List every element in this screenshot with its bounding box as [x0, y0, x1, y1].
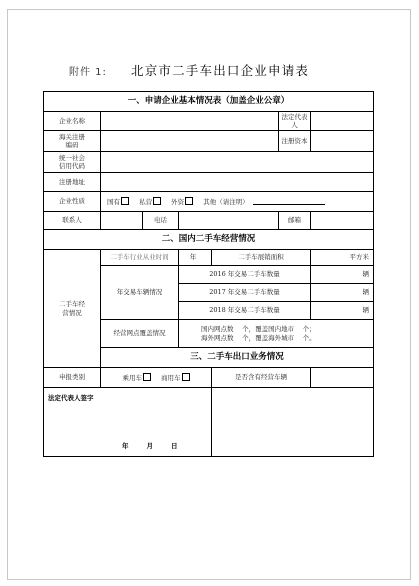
showroom-area-unit[interactable]: 平方米	[311, 250, 374, 266]
nature-label: 企业性质	[44, 192, 101, 212]
nature-private-checkbox[interactable]	[153, 197, 161, 205]
credit-code-label: 统一社会信用代码	[44, 152, 101, 173]
nature-option-state: 国有	[107, 198, 120, 206]
date-month: 月	[147, 442, 154, 450]
business-group-label: 二手车经营情况	[44, 250, 101, 368]
trade-2017-unit[interactable]: 辆	[311, 284, 374, 302]
outlet-domestic-line: 国内网点数 个，覆盖国内地市 个；	[201, 325, 373, 333]
signature-label: 法定代表人签字	[48, 394, 94, 402]
category-passenger-checkbox[interactable]	[143, 373, 151, 381]
phone-label: 电话	[143, 212, 179, 230]
address-field[interactable]	[101, 173, 374, 192]
section1-header: 一、申请企业基本情况表（加盖企业公章）	[44, 92, 374, 112]
customs-code-field[interactable]	[101, 131, 279, 152]
company-name-label: 企业名称	[44, 112, 101, 131]
document-header: 附件 1: 北京市二手车出口企业申请表	[0, 63, 419, 79]
document-title: 北京市二手车出口企业申请表	[131, 61, 309, 79]
email-label: 邮箱	[279, 212, 311, 230]
contact-field[interactable]	[101, 212, 143, 230]
nature-option-foreign: 外资	[171, 198, 184, 206]
seal-cell[interactable]	[212, 388, 374, 457]
signature-cell[interactable]: 法定代表人签字 年月日	[44, 388, 212, 457]
registered-capital-label: 注册资本	[279, 131, 311, 152]
section3-header: 三、二手车出口业务情况	[101, 348, 374, 368]
address-label: 注册地址	[44, 173, 101, 192]
nature-option-private: 私营	[139, 198, 152, 206]
nature-options: 国有 私营 外资 其他（请注明）	[101, 192, 374, 212]
signature-date: 年月日	[122, 442, 196, 450]
trade-2018-label: 2018 年交易二手车数量	[179, 302, 311, 320]
phone-field[interactable]	[179, 212, 279, 230]
category-label: 申报类别	[44, 368, 101, 388]
nature-other-field[interactable]	[253, 204, 325, 205]
category-options: 乘用车 商用车	[101, 368, 212, 388]
operating-vehicles-field[interactable]	[311, 368, 374, 388]
nature-foreign-checkbox[interactable]	[185, 197, 193, 205]
industry-time-unit[interactable]: 年	[179, 250, 212, 266]
contact-label: 联系人	[44, 212, 101, 230]
trade-2017-label: 2017 年交易二手车数量	[179, 284, 311, 302]
showroom-area-label: 二手车展销面积	[212, 250, 311, 266]
trade-2016-label: 2016 年交易二手车数量	[179, 266, 311, 284]
registered-capital-field[interactable]	[311, 131, 374, 152]
outlet-coverage-label: 经营网点覆盖情况	[101, 320, 179, 348]
trade-2018-unit[interactable]: 辆	[311, 302, 374, 320]
operating-vehicles-label: 是否含有经营车辆	[212, 368, 311, 388]
customs-code-label: 海关注册编码	[44, 131, 101, 152]
outlet-coverage-field[interactable]: 国内网点数 个，覆盖国内地市 个； 海外网点数 个，覆盖海外城市 个。	[179, 320, 374, 348]
attachment-label: 附件 1:	[69, 63, 107, 78]
outlet-overseas-line: 海外网点数 个，覆盖海外城市 个。	[201, 334, 373, 342]
date-day: 日	[171, 442, 178, 450]
nature-option-other: 其他（请注明）	[203, 198, 249, 206]
date-year: 年	[122, 442, 129, 450]
industry-time-label: 二手车行业从业时间	[101, 250, 179, 266]
application-form-table: 一、申请企业基本情况表（加盖企业公章） 企业名称 法定代表人 海关注册编码 注册…	[43, 91, 374, 457]
section2-header: 二、国内二手车经营情况	[44, 230, 374, 250]
nature-state-checkbox[interactable]	[121, 197, 129, 205]
annual-trade-label: 年交易车辆情况	[101, 266, 179, 320]
category-commercial-checkbox[interactable]	[182, 373, 190, 381]
legal-rep-label: 法定代表人	[279, 112, 311, 131]
category-commercial: 商用车	[161, 374, 181, 382]
credit-code-field[interactable]	[101, 152, 374, 173]
trade-2016-unit[interactable]: 辆	[311, 266, 374, 284]
email-field[interactable]	[311, 212, 374, 230]
category-passenger: 乘用车	[122, 374, 142, 382]
legal-rep-field[interactable]	[311, 112, 374, 131]
company-name-field[interactable]	[101, 112, 279, 131]
